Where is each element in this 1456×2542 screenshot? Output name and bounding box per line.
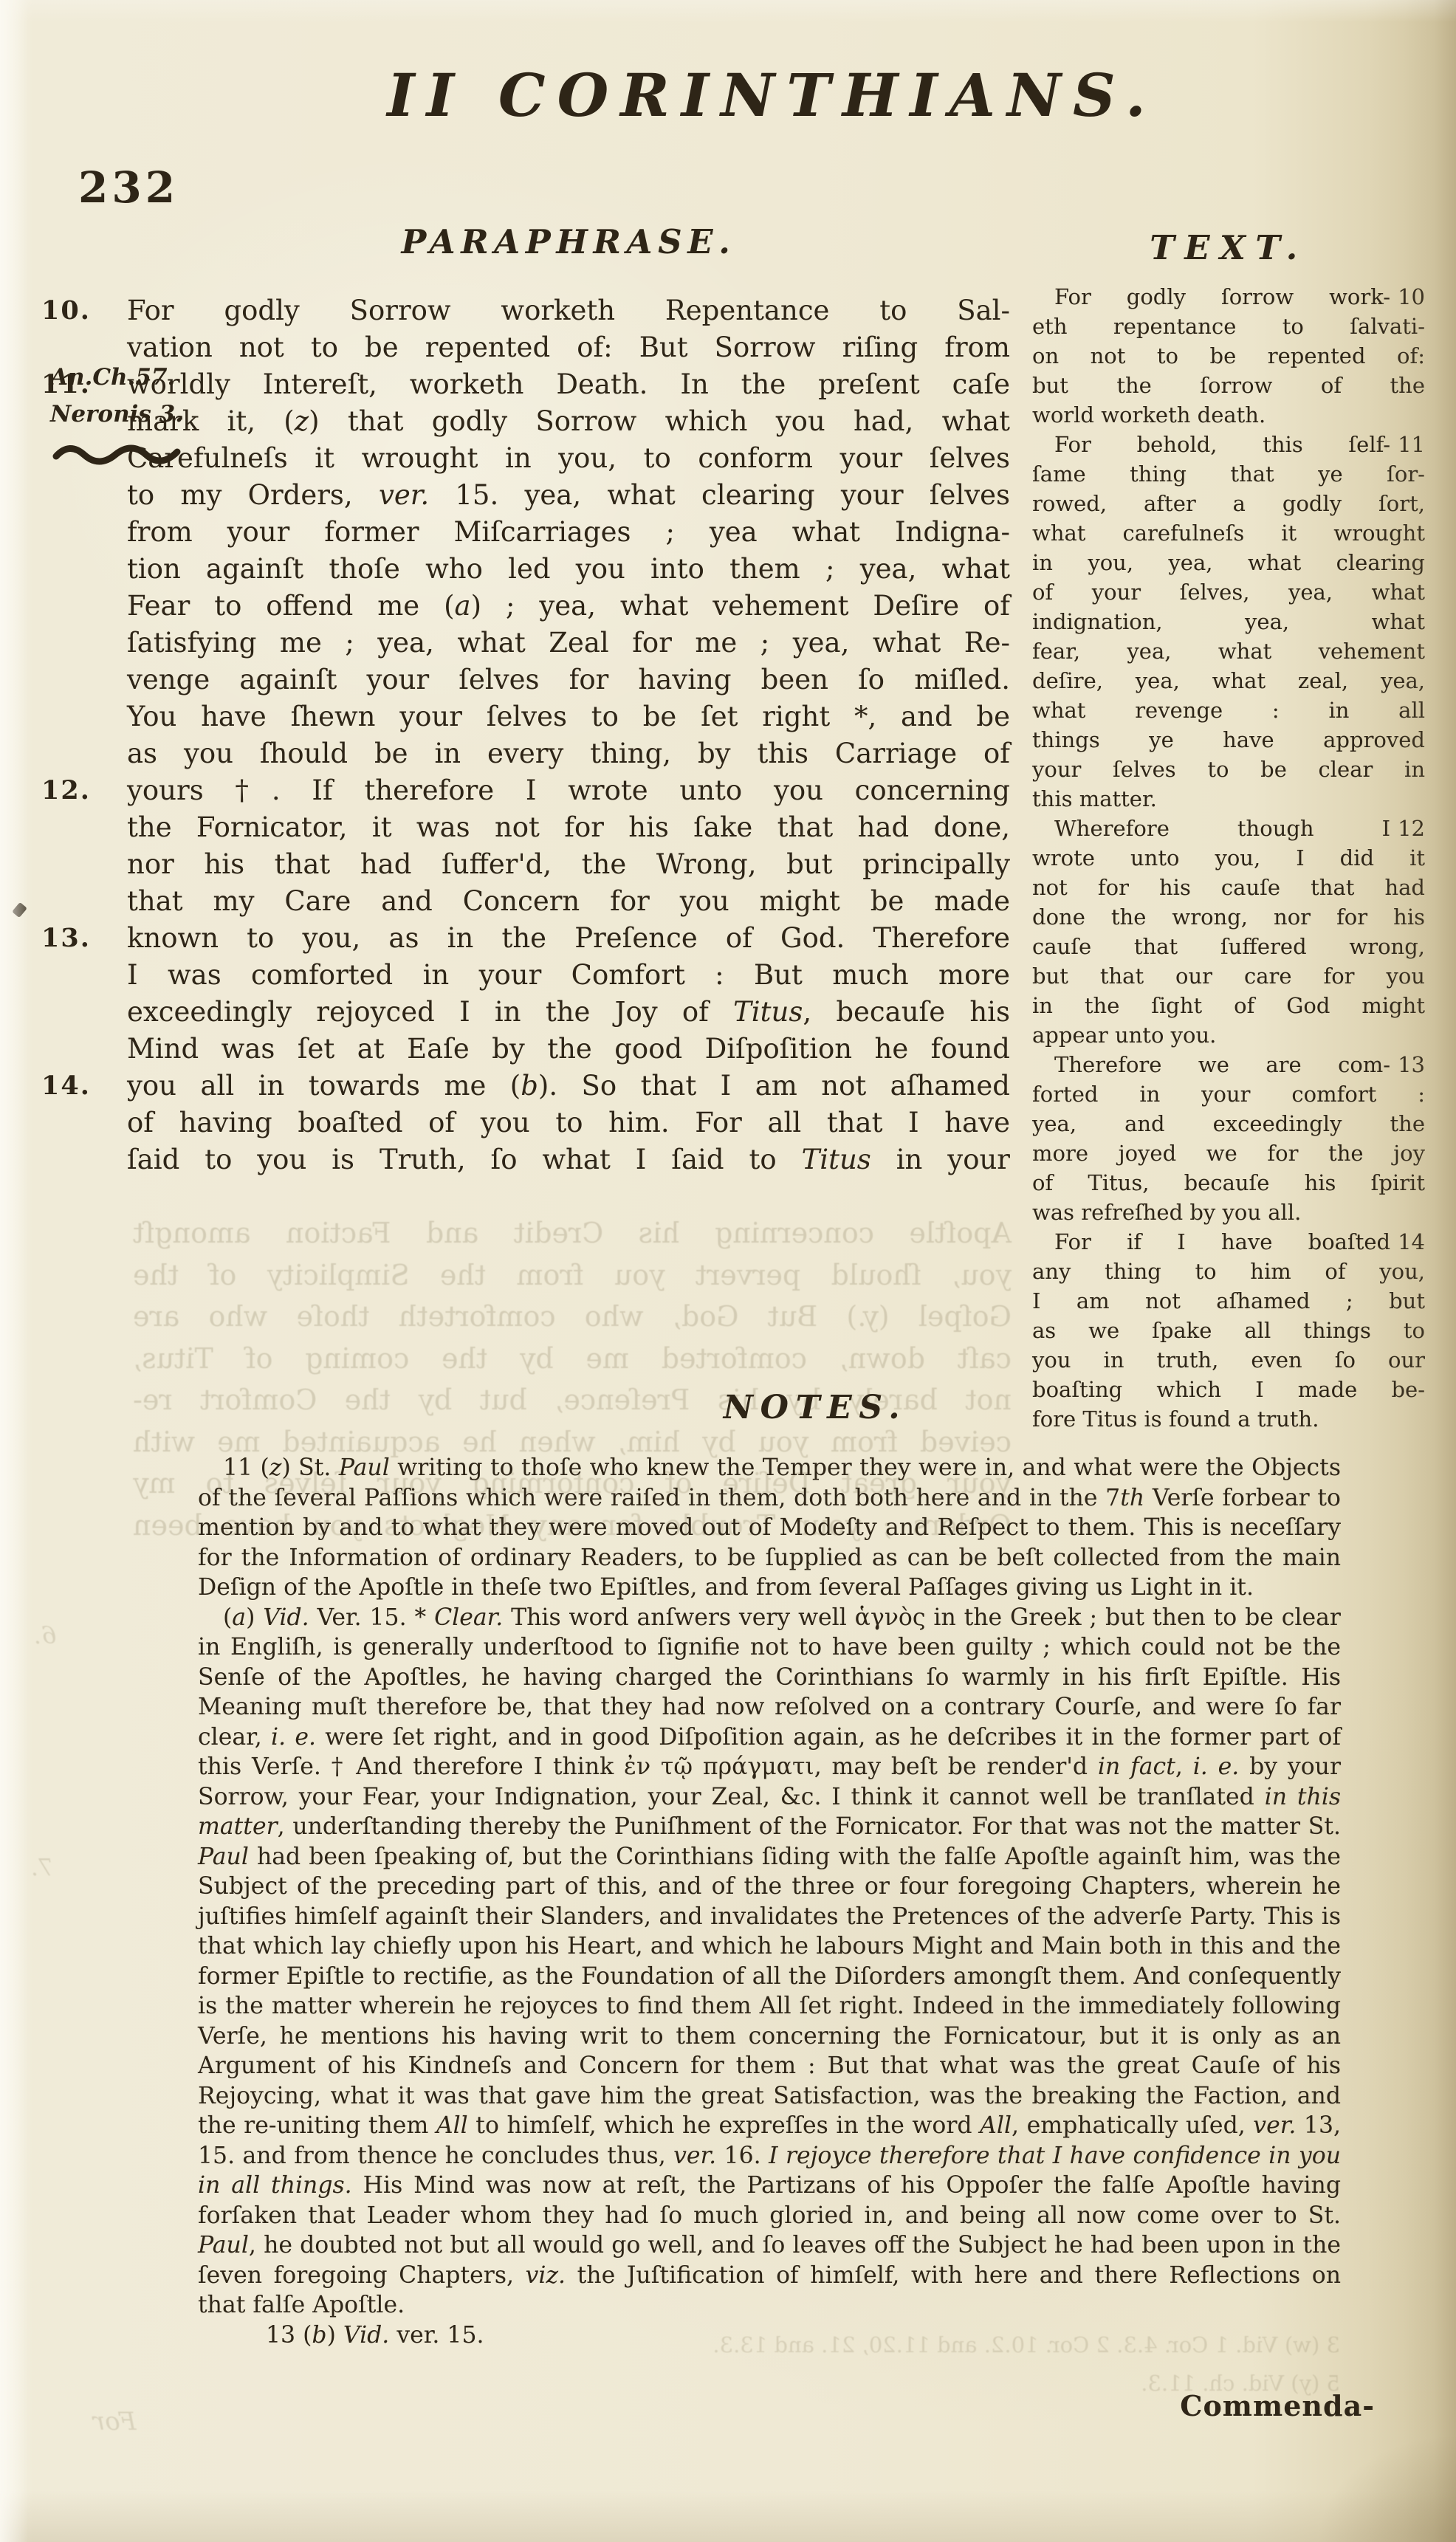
text-verse-first-line: For godly ſorrow work-10 [1032, 282, 1425, 312]
paraphrase-line: ſaid to you is Truth, ſo what I ſaid to … [127, 1141, 1010, 1178]
paraphrase-line: from your former Miſcarriages ; yea what… [127, 514, 1010, 551]
verse-number-inline: 10 [1398, 282, 1425, 312]
bleedthrough-margin-mark: For [93, 2407, 136, 2436]
text-verse-line: this matter. [1032, 784, 1425, 814]
paraphrase-line: You have ſhewn your ſelves to be ſet rig… [127, 698, 1010, 735]
text-verse-line: fear, yea, what vehement [1032, 636, 1425, 666]
catchword: Commenda- [1152, 2389, 1375, 2422]
paraphrase-line: as you ſhould be in every thing, by this… [127, 735, 1010, 772]
text-verse-line: cauſe that ſuffered wrong, [1032, 932, 1425, 961]
text-verse-line: more joyed we for the joy [1032, 1138, 1425, 1168]
paraphrase-line: 11.worldly Intereſt, worketh Death. In t… [127, 366, 1010, 403]
page-title: II CORINTHIANS. [89, 61, 1456, 130]
verse-number-margin: 11. [41, 366, 105, 403]
paraphrase-line: Mind was ſet at Eaſe by the good Diſpoſi… [127, 1031, 1010, 1068]
text-verse-line: I am not aſhamed ; but [1032, 1286, 1425, 1316]
text-verse-first-line: Wherefore though I12 [1032, 814, 1425, 843]
bleedthrough-line: Apoſtle concerning his Credit and Factio… [133, 1212, 1012, 1254]
paraphrase-line: nor his that had ſuffer'd, the Wrong, bu… [127, 846, 1010, 883]
text-verse-line: what carefulneſs it wrought [1032, 518, 1425, 548]
note-paragraph: 13 (b) Vid. ver. 15. [198, 2321, 1341, 2351]
verse-number-inline: 11 [1398, 430, 1425, 459]
text-verse-line: you in truth, even ſo our [1032, 1345, 1425, 1375]
verse-number-margin: 10. [41, 292, 105, 329]
paraphrase-line: Carefulneſs it wrought in you, to confor… [127, 440, 1010, 477]
text-verse-line-text: Wherefore though I [1032, 814, 1390, 843]
text-verse-line: as we ſpake all things to [1032, 1316, 1425, 1345]
verse-number-inline: 14 [1398, 1227, 1425, 1257]
ink-speck [12, 902, 27, 918]
text-verse-line: in you, yea, what clearing [1032, 548, 1425, 577]
text-verse-line: but the ſorrow of the [1032, 371, 1425, 400]
paraphrase-heading: PARAPHRASE. [127, 222, 1010, 261]
verse-number-margin: 12. [41, 772, 105, 809]
text-verse-line: done the wrong, nor for his [1032, 902, 1425, 932]
paraphrase-line: exceedingly rejoyced I in the Joy of Tit… [127, 994, 1010, 1031]
paraphrase-line: venge againſt your ſelves for having bee… [127, 662, 1010, 698]
text-verse-line: wrote unto you, I did it [1032, 843, 1425, 873]
text-verse: For behold, this ſelf-11ſame thing that … [1032, 430, 1425, 814]
text-verse-line: was refreſhed by you all. [1032, 1198, 1425, 1227]
text-verse-line: things ye have approved [1032, 725, 1425, 755]
paraphrase-line: vation not to be repented of: But Sorrow… [127, 329, 1010, 366]
text-verse-line: your ſelves to be clear in [1032, 755, 1425, 784]
note-paragraph: (a) Vid. Ver. 15. * Clear. This word anſ… [198, 1603, 1341, 2321]
verse-number-margin: 14. [41, 1068, 105, 1105]
paraphrase-line: that my Care and Concern for you might b… [127, 883, 1010, 920]
bleedthrough-line: caſt down, comforted me by the coming of… [133, 1338, 1012, 1380]
text-verse-line: rowed, after a godly ſort, [1032, 489, 1425, 518]
text-verse-line: world worketh death. [1032, 400, 1425, 430]
text-verse-line-text: For godly ſorrow work- [1032, 282, 1390, 312]
text-verse-line: in the ſight of God might [1032, 991, 1425, 1020]
text-verse-line: ſame thing that ye ſor- [1032, 459, 1425, 489]
text-verse-line: what revenge : in all [1032, 695, 1425, 725]
paraphrase-line: 14.you all in towards me (b). So that I … [127, 1068, 1010, 1105]
paraphrase-line: 10.For godly Sorrow worketh Repentance t… [127, 292, 1010, 329]
bleedthrough-line: Goſpel (y.) But God, who comforteth thoſ… [133, 1296, 1012, 1338]
text-verse-line: of your ſelves, yea, what [1032, 577, 1425, 607]
text-verse-line: indignation, yea, what [1032, 607, 1425, 636]
paraphrase-line: 13.known to you, as in the Preſence of G… [127, 920, 1010, 957]
text-verse-line-text: For if I have boaſted [1032, 1227, 1390, 1257]
text-verse-line-text: For behold, this ſelf- [1032, 430, 1390, 459]
bleedthrough-margin-mark: 6. [34, 1621, 57, 1649]
paraphrase-line: ſatisfying me ; yea, what Zeal for me ; … [127, 625, 1010, 662]
text-heading: TEXT. [1032, 228, 1425, 267]
book-page-scan: 232 II CORINTHIANS. An.Ch.57. Neronis 3.… [0, 0, 1456, 2542]
text-verse-line: deſire, yea, what zeal, yea, [1032, 666, 1425, 695]
bleedthrough-line: you, ſhould pervert you from the Simplic… [133, 1254, 1012, 1296]
verse-number-inline: 12 [1398, 814, 1425, 843]
text-verse-line: on not to be repented of: [1032, 341, 1425, 371]
paraphrase-line: tion againſt thoſe who led you into them… [127, 551, 1010, 588]
text-column: For godly ſorrow work-10eth repentance t… [1032, 282, 1425, 1434]
text-verse-line: eth repentance to ſalvati- [1032, 312, 1425, 341]
text-verse-line: but that our care for you [1032, 961, 1425, 991]
text-verse-line: appear unto you. [1032, 1020, 1425, 1050]
text-verse-first-line: Therefore we are com-13 [1032, 1050, 1425, 1079]
notes-section: 11 (z) St. Paul writing to thoſe who kne… [198, 1453, 1341, 2350]
text-verse-first-line: For behold, this ſelf-11 [1032, 430, 1425, 459]
notes-heading: NOTES. [244, 1389, 1387, 1426]
text-verse: For godly ſorrow work-10eth repentance t… [1032, 282, 1425, 430]
verse-number-inline: 13 [1398, 1050, 1425, 1079]
paraphrase-line: mark it, (z) that godly Sorrow which you… [127, 403, 1010, 440]
text-verse: Therefore we are com-13forted in your co… [1032, 1050, 1425, 1227]
paraphrase-line: 12.yours †. If therefore I wrote unto yo… [127, 772, 1010, 809]
text-verse-line: not for his cauſe that had [1032, 873, 1425, 902]
text-verse-line: forted in your comfort : [1032, 1079, 1425, 1109]
note-paragraph: 11 (z) St. Paul writing to thoſe who kne… [198, 1453, 1341, 1603]
verse-number-margin: 13. [41, 920, 105, 957]
text-verse-line: yea, and exceedingly the [1032, 1109, 1425, 1138]
bleedthrough-margin-mark: 7. [31, 1853, 54, 1881]
paraphrase-line: the Fornicator, it was not for his ſake … [127, 809, 1010, 846]
text-verse-first-line: For if I have boaſted14 [1032, 1227, 1425, 1257]
paraphrase-line: to my Orders, ver. 15. yea, what clearin… [127, 477, 1010, 514]
text-verse: Wherefore though I12wrote unto you, I di… [1032, 814, 1425, 1050]
paraphrase-column: 10.For godly Sorrow worketh Repentance t… [127, 292, 1010, 1178]
paraphrase-line: I was comforted in your Comfort : But mu… [127, 957, 1010, 994]
text-verse-line-text: Therefore we are com- [1032, 1050, 1390, 1079]
text-verse-line: of Titus, becauſe his ſpirit [1032, 1168, 1425, 1198]
paraphrase-line: Fear to offend me (a) ; yea, what veheme… [127, 588, 1010, 625]
page-number: 232 [78, 162, 179, 213]
paraphrase-line: of having boaſted of you to him. For all… [127, 1105, 1010, 1141]
text-verse-line: any thing to him of you, [1032, 1257, 1425, 1286]
